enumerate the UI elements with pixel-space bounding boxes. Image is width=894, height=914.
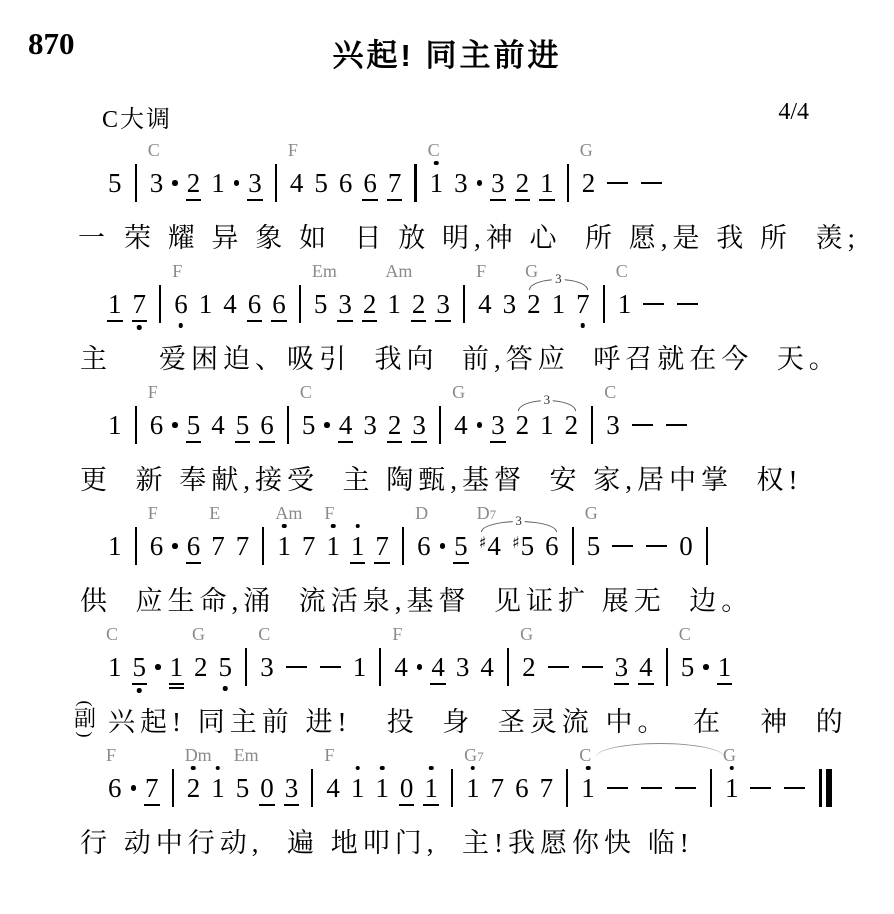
octave-dot-high (429, 766, 434, 771)
music-line: 6F72Dm15Em034F11011G77671C1G行 动中行动, 遍 地叩… (30, 769, 864, 860)
note: 7 (375, 533, 389, 560)
note-number: 2 (194, 654, 208, 681)
eighth-underline (186, 441, 202, 443)
barline (159, 285, 161, 323)
note: 7 (133, 291, 147, 318)
note: 4 (339, 412, 353, 439)
chord-label: E (209, 504, 220, 522)
eighth-underline (387, 199, 403, 201)
note: 2Dm (187, 775, 201, 802)
note-number: 0 (400, 775, 414, 802)
note: 1Am (277, 533, 291, 560)
note-number: 6 (248, 291, 262, 318)
hymn-sheet-page: 870 兴起! 同主前进 C大调 4/4 53C2134F56671C33212… (0, 0, 894, 914)
note: 6F (150, 533, 164, 560)
lyrics-row: 一荣 耀 异 象 如 日 放 明,神 心 所 愿,是 我 所 羡; (78, 215, 864, 255)
music-lines: 53C2134F56671C33212G一荣 耀 异 象 如 日 放 明,神 心… (30, 164, 864, 860)
note-number: 1 (353, 654, 367, 681)
note-number: 2 (187, 170, 201, 197)
note-number: 3 (615, 654, 629, 681)
barline (507, 648, 509, 686)
note-number: 4 (454, 412, 468, 439)
note: 4 (480, 654, 494, 681)
chord-label: C (148, 141, 160, 159)
note-number: 1 (108, 412, 122, 439)
octave-dot-high (355, 766, 360, 771)
barline (566, 769, 568, 807)
duration-dash (607, 182, 628, 185)
note-number: 7 (540, 775, 554, 802)
note-number: 4 (339, 412, 353, 439)
note-number: 7 (236, 533, 250, 560)
triplet-group: 3♯4D7♯56 (479, 533, 559, 560)
chord-label: Am (275, 504, 302, 522)
note: 5Em (314, 291, 328, 318)
duration-dash (666, 424, 687, 427)
note: 6 (187, 533, 201, 560)
lyrics-row: 主 爱困迫、吸引 我向 前,答应 呼召就在今 天。 (78, 336, 864, 376)
lyrics-text: 更 新 奉献,接受 主 陶甄,基督 安 家,居中掌 权! (80, 458, 803, 497)
note-number: 1 (351, 775, 365, 802)
eighth-underline (430, 683, 446, 685)
duration-dot (477, 180, 483, 186)
octave-dot-low (137, 325, 142, 330)
duration-dot (172, 422, 178, 428)
note-number: 3 (456, 654, 470, 681)
note: 4 (211, 412, 225, 439)
note-number: 4 (290, 170, 304, 197)
note-number: 5 (236, 775, 250, 802)
note: 5G (587, 533, 601, 560)
barline (287, 406, 289, 444)
chord-label: D (415, 504, 428, 522)
note-number: 5 (236, 412, 250, 439)
note: 7 (491, 775, 505, 802)
note: 5 (108, 170, 122, 197)
note: 7 (540, 775, 554, 802)
eighth-underline (515, 199, 531, 201)
music-line: 16F54565C43234G332123C更 新 奉献,接受 主 陶甄,基督 … (30, 406, 864, 497)
note: 2 (187, 170, 201, 197)
note: 6D (417, 533, 431, 560)
time-signature: 4/4 (778, 99, 809, 134)
note-number: 1 (466, 775, 480, 802)
eighth-underline (490, 441, 506, 443)
hymn-title: 兴起! 同主前进 (30, 30, 864, 75)
duration-dot (234, 180, 240, 186)
verse-marker: 一 (78, 216, 110, 255)
chord-seventh: 7 (477, 749, 484, 764)
note: ♯5 (512, 533, 534, 560)
eighth-underline (284, 804, 300, 806)
octave-dot-high (191, 766, 196, 771)
note: 3 (503, 291, 517, 318)
note-number: 1 (540, 170, 554, 197)
note-number: 1 (108, 291, 122, 318)
barline (402, 527, 404, 565)
note: 3 (615, 654, 629, 681)
barline (135, 164, 137, 202)
note: 1 (108, 291, 122, 318)
octave-dot-high (434, 161, 439, 166)
lyrics-row: 更 新 奉献,接受 主 陶甄,基督 安 家,居中掌 权! (78, 457, 864, 497)
duration-dash (784, 787, 805, 790)
note-number: 6 (187, 533, 201, 560)
duration-dot (172, 180, 178, 186)
eighth-underline (638, 683, 654, 685)
eighth-underline (435, 320, 451, 322)
note: 1 (351, 775, 365, 802)
note: 3 (338, 291, 352, 318)
note: 6F (150, 412, 164, 439)
eighth-underline (107, 320, 123, 322)
duration-dash (641, 182, 662, 185)
barline (439, 406, 441, 444)
note-number: 3 (454, 170, 468, 197)
note-number: 6 (174, 291, 188, 318)
note-number: 5 (521, 533, 535, 560)
note: 2 (412, 291, 426, 318)
note-number: 6 (272, 291, 286, 318)
note-number: 6 (515, 775, 529, 802)
chord-label: C (604, 383, 616, 401)
notation-row: 16F54565C43234G332123C (78, 406, 864, 444)
eighth-underline (362, 199, 378, 201)
note: 4F (290, 170, 304, 197)
duration-dash (320, 666, 341, 669)
duration-dash (632, 424, 653, 427)
note: 1 (108, 412, 122, 439)
octave-dot-high (216, 766, 221, 771)
lyrics-text: 主 爱困迫、吸引 我向 前,答应 呼召就在今 天。 (80, 337, 841, 376)
barline (603, 285, 605, 323)
lyrics-text: 行 动中行动, 遍 地叩门, 主!我愿你快 临! (80, 821, 694, 860)
eighth-underline (144, 804, 160, 806)
octave-dot-low (179, 323, 184, 328)
note: 1C (430, 170, 444, 197)
note: 2G (527, 291, 541, 318)
duration-dot (131, 785, 137, 791)
chorus-paren-top: ( (82, 701, 89, 707)
note-number: 5 (314, 170, 328, 197)
duration-dot (172, 543, 178, 549)
chord-label: F (106, 746, 116, 764)
chord-label: C (106, 625, 118, 643)
note: 5 (314, 170, 328, 197)
note: 5C (302, 412, 316, 439)
note-number: 3 (285, 775, 299, 802)
eighth-underline (247, 320, 263, 322)
chorus-paren-bottom: ) (82, 732, 89, 738)
note-number: 1 (725, 775, 739, 802)
note: 1 (718, 654, 732, 681)
chord-label: Dm (185, 746, 212, 764)
eighth-underline (374, 562, 390, 564)
note-number: 2 (582, 170, 596, 197)
note-number: 2 (522, 654, 536, 681)
note: 4F (326, 775, 340, 802)
note: 1Am (387, 291, 401, 318)
chord-label: Em (312, 262, 337, 280)
barline (591, 406, 593, 444)
note-number: 7 (388, 170, 402, 197)
note-number: 1 (430, 170, 444, 197)
music-line: 53C2134F56671C33212G一荣 耀 异 象 如 日 放 明,神 心… (30, 164, 864, 255)
note-number: 5 (681, 654, 695, 681)
note-number: 1 (718, 654, 732, 681)
chord-seventh: 7 (490, 507, 497, 522)
note-number: 7 (491, 775, 505, 802)
note: 4 (431, 654, 445, 681)
note: 7 (302, 533, 316, 560)
duration-dash (607, 787, 628, 790)
chord-label: F (288, 141, 298, 159)
note-number: 6 (339, 170, 353, 197)
note: 1 (170, 654, 184, 681)
key-signature: C大调 (102, 99, 172, 134)
chord-label: F (148, 504, 158, 522)
chord-label: G (585, 504, 598, 522)
duration-dot (440, 543, 446, 549)
chord-label: F (324, 504, 334, 522)
note-number: 1 (211, 775, 225, 802)
rest-note: 0 (260, 775, 274, 802)
eighth-underline (614, 683, 630, 685)
notation-row: 1C512G53C14F4342G345C1 (78, 648, 864, 686)
barline (567, 164, 569, 202)
note: 3 (285, 775, 299, 802)
note: 1 (351, 533, 365, 560)
note-number: 3 (436, 291, 450, 318)
note: 6F (108, 775, 122, 802)
lyrics-text: 供 应生命,涌 流活泉,基督 见证扩 展无 边。 (80, 579, 753, 618)
note: 1 (199, 291, 213, 318)
note-number: 4 (431, 654, 445, 681)
triplet-group: 32G17 (527, 291, 590, 318)
note: ♯4D7 (479, 533, 501, 560)
eighth-underline (169, 683, 185, 685)
barline (245, 648, 247, 686)
note-number: 1 (424, 775, 438, 802)
rest-note: 0 (679, 533, 693, 560)
note: 3 (248, 170, 262, 197)
note-number: 4 (487, 533, 501, 560)
note-number: 3 (503, 291, 517, 318)
note-number: 0 (260, 775, 274, 802)
note: 5 (236, 412, 250, 439)
eighth-underline (350, 562, 366, 564)
eighth-underline (539, 199, 555, 201)
note: 2 (388, 412, 402, 439)
note-number: 1 (618, 291, 632, 318)
chorus-marker-char: 副 (74, 707, 96, 731)
note-number: 1 (199, 291, 213, 318)
octave-dot-low (137, 688, 142, 693)
notation-row: 176F14665Em321Am234F332G171C (78, 285, 864, 323)
note: 5C (681, 654, 695, 681)
duration-dash (582, 666, 603, 669)
note-number: 7 (145, 775, 159, 802)
meta-row: C大调 4/4 (102, 99, 809, 134)
eighth-underline (453, 562, 469, 564)
chord-label: C (258, 625, 270, 643)
note: 2G (522, 654, 536, 681)
chord-label: G (723, 746, 736, 764)
eighth-underline (337, 320, 353, 322)
lyrics-text: 荣 耀 异 象 如 日 放 明,神 心 所 愿,是 我 所 羡; (124, 216, 860, 255)
note: 7 (236, 533, 250, 560)
note: 1F (326, 533, 340, 560)
note-number: 3 (491, 412, 505, 439)
chord-label: Am (385, 262, 412, 280)
octave-dot-high (380, 766, 385, 771)
note-number: 6 (417, 533, 431, 560)
barline (135, 406, 137, 444)
duration-dash (286, 666, 307, 669)
lyrics-text: 兴起! 同主前 进! 投 身 圣灵流 中。 在 神 的 (108, 700, 848, 739)
note: 1 (211, 170, 225, 197)
music-line: 176F14665Em321Am234F332G171C主 爱困迫、吸引 我向 … (30, 285, 864, 376)
barline (706, 527, 708, 565)
note-number: 1 (277, 533, 291, 560)
eighth-underline (490, 199, 506, 201)
chord-label: C (579, 746, 591, 764)
eighth-underline (362, 320, 378, 322)
note-number: 6 (260, 412, 274, 439)
chord-label: C (616, 262, 628, 280)
note: 2 (516, 412, 530, 439)
chord-label: G7 (464, 746, 484, 764)
sixteenth-underline (169, 687, 185, 689)
note: 1 (540, 170, 554, 197)
duration-dot (155, 664, 161, 670)
triplet-number: 3 (552, 272, 565, 285)
note-number: 6 (108, 775, 122, 802)
note: 6F (174, 291, 188, 318)
octave-dot-high (586, 766, 591, 771)
notation-row: 16F67E71Am71F176D53♯4D7♯565G0 (78, 527, 864, 565)
note-number: 3 (363, 412, 377, 439)
note-number: 3 (606, 412, 620, 439)
note: 7 (388, 170, 402, 197)
note-number: 7 (302, 533, 316, 560)
octave-dot-high (282, 524, 287, 529)
note-number: 2 (412, 291, 426, 318)
barline (275, 164, 277, 202)
note: 4 (223, 291, 237, 318)
duration-dash (675, 787, 696, 790)
chord-label: F (392, 625, 402, 643)
triplet-group: 3212 (516, 412, 579, 439)
eighth-underline (259, 441, 275, 443)
note: 5 (454, 533, 468, 560)
note-number: 1 (375, 775, 389, 802)
lyrics-row: (副)兴起! 同主前 进! 投 身 圣灵流 中。 在 神 的 (78, 699, 864, 739)
note-number: 7 (375, 533, 389, 560)
note: 3 (454, 170, 468, 197)
note: 7 (145, 775, 159, 802)
note: 3C (150, 170, 164, 197)
octave-dot-high (331, 524, 336, 529)
duration-dash (750, 787, 771, 790)
barline (710, 769, 712, 807)
barline (135, 527, 137, 565)
eighth-underline (399, 804, 415, 806)
lyrics-row: 行 动中行动, 遍 地叩门, 主!我愿你快 临! (78, 820, 864, 860)
note-number: 1 (211, 170, 225, 197)
octave-dot-high (729, 766, 734, 771)
note: 5 (133, 654, 147, 681)
note: 1C (581, 775, 595, 802)
note-number: 1 (387, 291, 401, 318)
note: 6 (272, 291, 286, 318)
note-number: 4 (326, 775, 340, 802)
note: 1 (108, 533, 122, 560)
note-number: 2 (527, 291, 541, 318)
note-number: 5 (133, 654, 147, 681)
note-number: 3 (412, 412, 426, 439)
note-number: 5 (302, 412, 316, 439)
chord-label: F (148, 383, 158, 401)
note-number: 2 (388, 412, 402, 439)
note-number: 7 (576, 291, 590, 318)
note-number: 5 (314, 291, 328, 318)
final-barline (819, 769, 832, 807)
note: 1G (725, 775, 739, 802)
note-number: 7 (133, 291, 147, 318)
note: 6 (363, 170, 377, 197)
eighth-underline (717, 683, 733, 685)
note: 7E (211, 533, 225, 560)
note-number: 5 (187, 412, 201, 439)
note: 3 (363, 412, 377, 439)
note: 4F (394, 654, 408, 681)
note: 3 (436, 291, 450, 318)
note: 5Em (236, 775, 250, 802)
duration-dot (477, 422, 483, 428)
eighth-underline (186, 199, 202, 201)
duration-dot (703, 664, 709, 670)
chord-label: Em (234, 746, 259, 764)
note: 1 (375, 775, 389, 802)
eighth-underline (338, 441, 354, 443)
note-number: 1 (326, 533, 340, 560)
eighth-underline (235, 441, 251, 443)
note: 7 (576, 291, 590, 318)
chord-label: G (520, 625, 533, 643)
note: 1 (211, 775, 225, 802)
note-number: 4 (211, 412, 225, 439)
note-number: 1 (351, 533, 365, 560)
note-number: 5 (454, 533, 468, 560)
duration-dash (641, 787, 662, 790)
note-number: 2 (565, 412, 579, 439)
note: 6 (545, 533, 559, 560)
eighth-underline (387, 441, 403, 443)
note-number: 3 (248, 170, 262, 197)
note-number: 5 (108, 170, 122, 197)
octave-dot-low (223, 686, 228, 691)
chord-label: G (192, 625, 205, 643)
duration-dash (646, 545, 667, 548)
note: 4F (478, 291, 492, 318)
barline (572, 527, 574, 565)
barline (666, 648, 668, 686)
barline (172, 769, 174, 807)
barline (262, 527, 264, 565)
note: 3 (491, 170, 505, 197)
note-number: 2 (516, 170, 530, 197)
